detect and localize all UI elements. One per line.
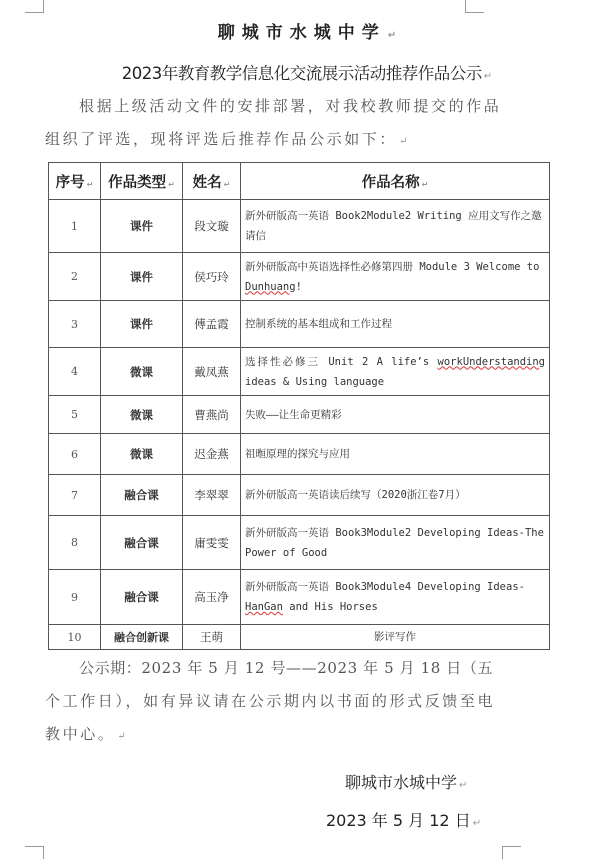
table-row: 7 融合课 李翠翠 新外研版高一英语读后续写（2020浙江卷7月） <box>49 475 550 516</box>
spellcheck-underline: workUnderstanding <box>438 356 545 368</box>
cell-title: 祖暅原理的探究与应用 <box>241 434 550 475</box>
recommended-works-table: 序号↵ 作品类型↵ 姓名↵ 作品名称↵ 1 课件 段文璇 新外研版高一英语 Bo… <box>48 162 550 650</box>
paragraph-mark-icon: ↵ <box>117 731 125 742</box>
cell-title: 新外研版高一英语 Book3Module2 Developing Ideas-T… <box>241 516 550 570</box>
page-corner-mark-top-right <box>465 0 484 13</box>
notice-line-1: 公示期：2023 年 5 月 12 号——2023 年 5 月 18 日（五 <box>45 652 561 685</box>
table-row: 8 融合课 庸雯雯 新外研版高一英语 Book3Module2 Developi… <box>49 516 550 570</box>
page-corner-mark-bottom-left <box>25 846 44 859</box>
cell-type: 课件 <box>101 200 183 253</box>
cell-name: 庸雯雯 <box>183 516 241 570</box>
table-row: 3 课件 傅孟霞 控制系统的基本组成和工作过程 <box>49 301 550 348</box>
cell-name: 傅孟霞 <box>183 301 241 348</box>
cell-name: 李翠翠 <box>183 475 241 516</box>
cell-type: 融合课 <box>101 475 183 516</box>
cell-type: 融合课 <box>101 516 183 570</box>
signature-date: 2023 年 5 月 12 日↵ <box>326 808 481 831</box>
spellcheck-underline: Dunhuang <box>245 281 296 293</box>
table-row: 10 融合创新课 王萌 影评写作 <box>49 625 550 650</box>
cell-number: 8 <box>49 516 101 570</box>
cell-title: 选择性必修三 Unit 2 A life’s workUnderstanding… <box>241 348 550 396</box>
cell-title: 影评写作 <box>241 625 550 650</box>
header-name: 姓名↵ <box>183 163 241 200</box>
cell-number: 2 <box>49 253 101 301</box>
table-row: 6 微课 迟金燕 祖暅原理的探究与应用 <box>49 434 550 475</box>
cell-number: 5 <box>49 396 101 434</box>
table-row: 5 微课 曹燕尚 失败——让生命更精彩 <box>49 396 550 434</box>
table-row: 4 微课 戴凤燕 选择性必修三 Unit 2 A life’s workUnde… <box>49 348 550 396</box>
cell-number: 10 <box>49 625 101 650</box>
cell-title: 失败——让生命更精彩 <box>241 396 550 434</box>
cell-title: 新外研版高中英语选择性必修第四册 Module 3 Welcome to Dun… <box>241 253 550 301</box>
cell-name: 戴凤燕 <box>183 348 241 396</box>
cell-name: 迟金燕 <box>183 434 241 475</box>
intro-line-1: 根据上级活动文件的安排部署，对我校教师提交的作品 <box>45 90 565 123</box>
cell-type: 融合课 <box>101 570 183 625</box>
cell-type: 融合创新课 <box>101 625 183 650</box>
table-row: 1 课件 段文璇 新外研版高一英语 Book2Module2 Writing 应… <box>49 200 550 253</box>
header-number: 序号↵ <box>49 163 101 200</box>
cell-name: 段文璇 <box>183 200 241 253</box>
cell-title: 新外研版高一英语 Book3Module4 Developing Ideas-H… <box>241 570 550 625</box>
page-corner-mark-bottom-right <box>502 846 521 859</box>
table-row: 9 融合课 高玉净 新外研版高一英语 Book3Module4 Developi… <box>49 570 550 625</box>
paragraph-mark-icon: ↵ <box>388 30 396 41</box>
cell-title: 新外研版高一英语读后续写（2020浙江卷7月） <box>241 475 550 516</box>
cell-type: 课件 <box>101 301 183 348</box>
table-header-row: 序号↵ 作品类型↵ 姓名↵ 作品名称↵ <box>49 163 550 200</box>
paragraph-mark-icon: ↵ <box>484 71 492 82</box>
page-corner-mark-top-left <box>25 0 44 13</box>
cell-number: 6 <box>49 434 101 475</box>
school-title: 聊城市水城中学↵ <box>0 18 614 43</box>
cell-number: 4 <box>49 348 101 396</box>
cell-title: 新外研版高一英语 Book2Module2 Writing 应用文写作之邀请信 <box>241 200 550 253</box>
paragraph-mark-icon: ↵ <box>399 136 407 147</box>
cell-type: 课件 <box>101 253 183 301</box>
cell-number: 9 <box>49 570 101 625</box>
intro-line-2: 组织了评选，现将评选后推荐作品公示如下：↵ <box>45 123 565 158</box>
header-title: 作品名称↵ <box>241 163 550 200</box>
header-type: 作品类型↵ <box>101 163 183 200</box>
cell-number: 7 <box>49 475 101 516</box>
cell-name: 曹燕尚 <box>183 396 241 434</box>
cell-name: 侯巧玲 <box>183 253 241 301</box>
cell-number: 1 <box>49 200 101 253</box>
notice-line-2: 个工作日），如有异议请在公示期内以书面的形式反馈至电 <box>45 685 561 718</box>
cell-type: 微课 <box>101 348 183 396</box>
cell-name: 高玉净 <box>183 570 241 625</box>
table-row: 2 课件 侯巧玲 新外研版高中英语选择性必修第四册 Module 3 Welco… <box>49 253 550 301</box>
cell-title: 控制系统的基本组成和工作过程 <box>241 301 550 348</box>
cell-type: 微课 <box>101 396 183 434</box>
notice-line-3: 教中心。↵ <box>45 718 561 753</box>
intro-paragraph: 根据上级活动文件的安排部署，对我校教师提交的作品 组织了评选，现将评选后推荐作品… <box>45 90 565 158</box>
notice-paragraph: 公示期：2023 年 5 月 12 号——2023 年 5 月 18 日（五 个… <box>45 652 561 753</box>
document-title: 2023年教育教学信息化交流展示活动推荐作品公示↵ <box>0 60 614 84</box>
spellcheck-underline: HanGan <box>245 601 283 613</box>
cell-number: 3 <box>49 301 101 348</box>
cell-type: 微课 <box>101 434 183 475</box>
cell-name: 王萌 <box>183 625 241 650</box>
signature-organization: 聊城市水城中学↵ <box>345 770 467 793</box>
